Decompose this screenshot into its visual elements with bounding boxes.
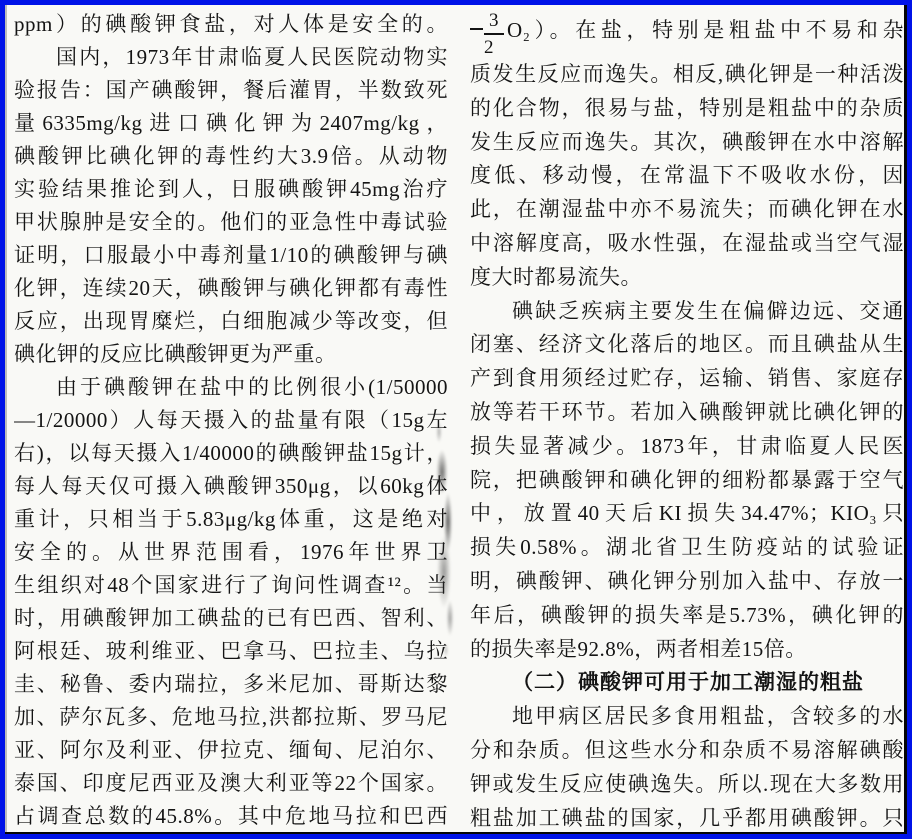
text-line: 占调查总数的45.8%。其中危地马拉和巴西: [14, 800, 448, 833]
text-line: 明，碘酸钾、碘化钾分别加入盐中、存放一: [470, 565, 904, 599]
text-line: 闭塞、经济文化落后的地区。而且碘盐从生: [470, 328, 904, 362]
fraction-three-halves: 32: [484, 11, 504, 57]
text-line: 量6335mg/kg进口碘化钾为2407mg/kg，: [14, 107, 448, 140]
text-line: 的化合物，很易与盐，特别是粗盐中的杂质: [470, 92, 904, 126]
text-line: 生组织对48个国家进行了询问性调查¹²。当: [14, 569, 448, 602]
text-line: 碘缺乏疾病主要发生在偏僻边远、交通: [470, 295, 904, 329]
text-line: ppm）的碘酸钾食盐，对人体是安全的。: [14, 8, 448, 41]
ink-smudge-artifact: [426, 410, 466, 666]
text-line: 分和杂质。但这些水分和杂质不易溶解碘酸: [470, 734, 904, 768]
text-line: —1/20000）人每天摄入的盐量有限（15g左: [14, 404, 448, 437]
fraction-denominator: 2: [484, 35, 504, 57]
fraction-numerator: 3: [484, 11, 504, 35]
text-line: 碘酸钾比碘化钾的毒性约大3.9倍。从动物: [14, 140, 448, 173]
text-line: 圭、秘鲁、委内瑞拉，多米尼加、哥斯达黎: [14, 668, 448, 701]
text-line: 中溶解度高，吸水性强，在湿盐或当空气湿: [470, 227, 904, 261]
text-line: 验报告：国产碘酸钾，餐后灌胃，半数致死: [14, 74, 448, 107]
text-line: 损失显著减少。1873年，甘肃临夏人民医: [470, 430, 904, 464]
text-line: 质发生反应而逸失。相反,碘化钾是一种活泼: [470, 58, 904, 92]
text-line: 院，把碘酸钾和碘化钾的细粉都暴露于空气: [470, 464, 904, 498]
text-line: 的损失率是92.8%，两者相差15倍。: [470, 633, 904, 667]
text-line: 实验结果推论到人，日服碘酸钾45mg治疗: [14, 173, 448, 206]
text-line: 泰国、印度尼西亚及澳大利亚等22个国家。: [14, 767, 448, 800]
text-line: 证明，口服最小中毒剂量1/10的碘酸钾与碘: [14, 239, 448, 272]
scanned-page: ppm）的碘酸钾食盐，对人体是安全的。国内，1973年甘肃临夏人民医院动物实验报…: [0, 0, 912, 839]
text-line: 中，放置40天后KI损失34.47%；KIO₃只: [470, 497, 904, 531]
text-line: 粗盐加工碘盐的国家，几乎都用碘酸钾。只: [470, 802, 904, 836]
text-line: 地甲病区居民多食用粗盐，含较多的水: [470, 700, 904, 734]
text-line: 重计，只相当于5.83μg/kg体重，这是绝对: [14, 503, 448, 536]
fraction-dash: [470, 28, 483, 30]
text-line: 安全的。从世界范围看，1976年世界卫: [14, 536, 448, 569]
text-line: 损失0.58%。湖北省卫生防疫站的试验证: [470, 531, 904, 565]
text-line: 加、萨尔瓦多、危地马拉,洪都拉斯、罗马尼: [14, 701, 448, 734]
text-line: 反应，出现胃糜烂，白细胞减少等改变，但: [14, 305, 448, 338]
text-line: 甲状腺肿是安全的。他们的亚急性中毒试验: [14, 206, 448, 239]
text-line: 国内，1973年甘肃临夏人民医院动物实: [14, 41, 448, 74]
text-line: 度低、移动慢，在常温下不吸收水份，因: [470, 159, 904, 193]
text-line: 化钾，连续20天，碘酸钾与碘化钾都有毒性: [14, 272, 448, 305]
section-heading: （二）碘酸钾可用于加工潮湿的粗盐: [470, 666, 904, 700]
text-line: 放等若干环节。若加入碘酸钾就比碘化钾的: [470, 396, 904, 430]
text-line: 此，在潮湿盐中亦不易流失；而碘化钾在水: [470, 193, 904, 227]
text-line: 每人每天仅可摄入碘酸钾350μg，以60kg体: [14, 470, 448, 503]
text-line: 年后，碘酸钾的损失率是5.73%，碘化钾的: [470, 599, 904, 633]
text-line: 亚、阿尔及利亚、伊拉克、缅甸、尼泊尔、: [14, 734, 448, 767]
text-line: 钾或发生反应使碘逸失。所以.现在大多数用: [470, 768, 904, 802]
text-line: 阿根廷、玻利维亚、巴拿马、巴拉圭、乌拉: [14, 635, 448, 668]
text-line: 碘化钾的反应比碘酸钾更为严重。: [14, 338, 448, 371]
text-line: 32O₂）。在盐，特别是粗盐中不易和杂: [470, 2, 904, 58]
text-line: 右)，以每天摄入1/40000的碘酸钾盐15g计，: [14, 437, 448, 470]
text-line: 由于碘酸钾在盐中的比例很小(1/50000: [14, 371, 448, 404]
text-line: 发生反应而逸失。其次，碘酸钾在水中溶解: [470, 126, 904, 160]
text-line: 产到食用须经过贮存，运输、销售、家庭存: [470, 362, 904, 396]
text-line: 度大时都易流失。: [470, 261, 904, 295]
text-line: 时，用碘酸钾加工碘盐的已有巴西、智利、: [14, 602, 448, 635]
left-column: ppm）的碘酸钾食盐，对人体是安全的。国内，1973年甘肃临夏人民医院动物实验报…: [14, 8, 448, 833]
right-column: 32O₂）。在盐，特别是粗盐中不易和杂质发生反应而逸失。相反,碘化钾是一种活泼的…: [470, 2, 904, 835]
